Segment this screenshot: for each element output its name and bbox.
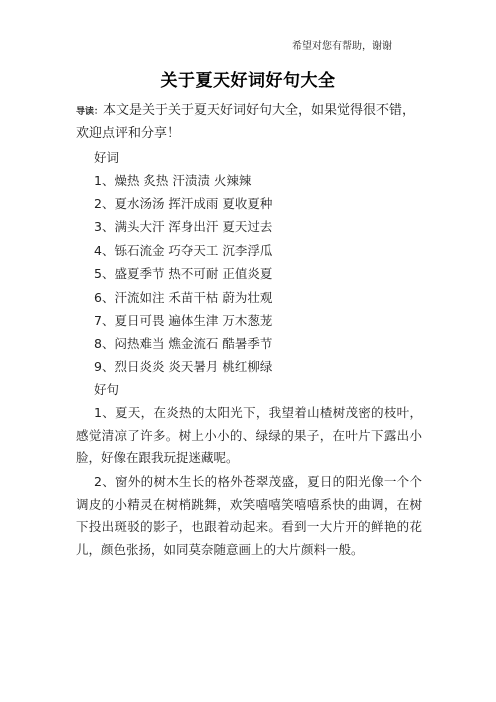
intro-paragraph: 导读：本文是关于关于夏天好词好句大全，如果觉得很不错，欢迎点评和分享！: [76, 100, 426, 144]
intro-text: 本文是关于关于夏天好词好句大全，如果觉得很不错，欢迎点评和分享！: [76, 103, 415, 141]
word-list-item: 7、夏日可畏 遍体生津 万木葱茏: [94, 311, 272, 329]
document-title: 关于夏天好词好句大全: [0, 66, 496, 91]
word-list-item: 3、满头大汗 浑身出汗 夏天过去: [94, 217, 272, 235]
word-list-item: 1、燥热 炙热 汗渍渍 火辣辣: [94, 171, 251, 189]
sentence-paragraph: 2、窗外的树木生长的格外苍翠茂盛，夏日的阳光像一个个调皮的小精灵在树梢跳舞，欢笑…: [76, 471, 422, 561]
word-list-item: 2、夏水汤汤 挥汗成雨 夏收夏种: [94, 194, 272, 212]
word-list-item: 4、铄石流金 巧夺天工 沉李浮瓜: [94, 241, 272, 259]
header-note: 希望对您有帮助，谢谢: [292, 37, 392, 52]
words-heading: 好词: [94, 148, 119, 166]
word-list-item: 8、闷热难当 燋金流石 酷暑季节: [94, 334, 272, 352]
word-list-item: 9、烈日炎炎 炎天暑月 桃红柳绿: [94, 357, 272, 375]
word-list-item: 5、盛夏季节 热不可耐 正值炎夏: [94, 264, 272, 282]
sentence-paragraph: 1、夏天，在炎热的太阳光下，我望着山楂树茂密的枝叶，感觉清凉了许多。树上小小的、…: [76, 402, 422, 470]
word-list-item: 6、汗流如注 禾苗干枯 蔚为壮观: [94, 288, 272, 306]
intro-label: 导读：: [76, 107, 103, 117]
sentences-heading: 好句: [94, 380, 119, 398]
